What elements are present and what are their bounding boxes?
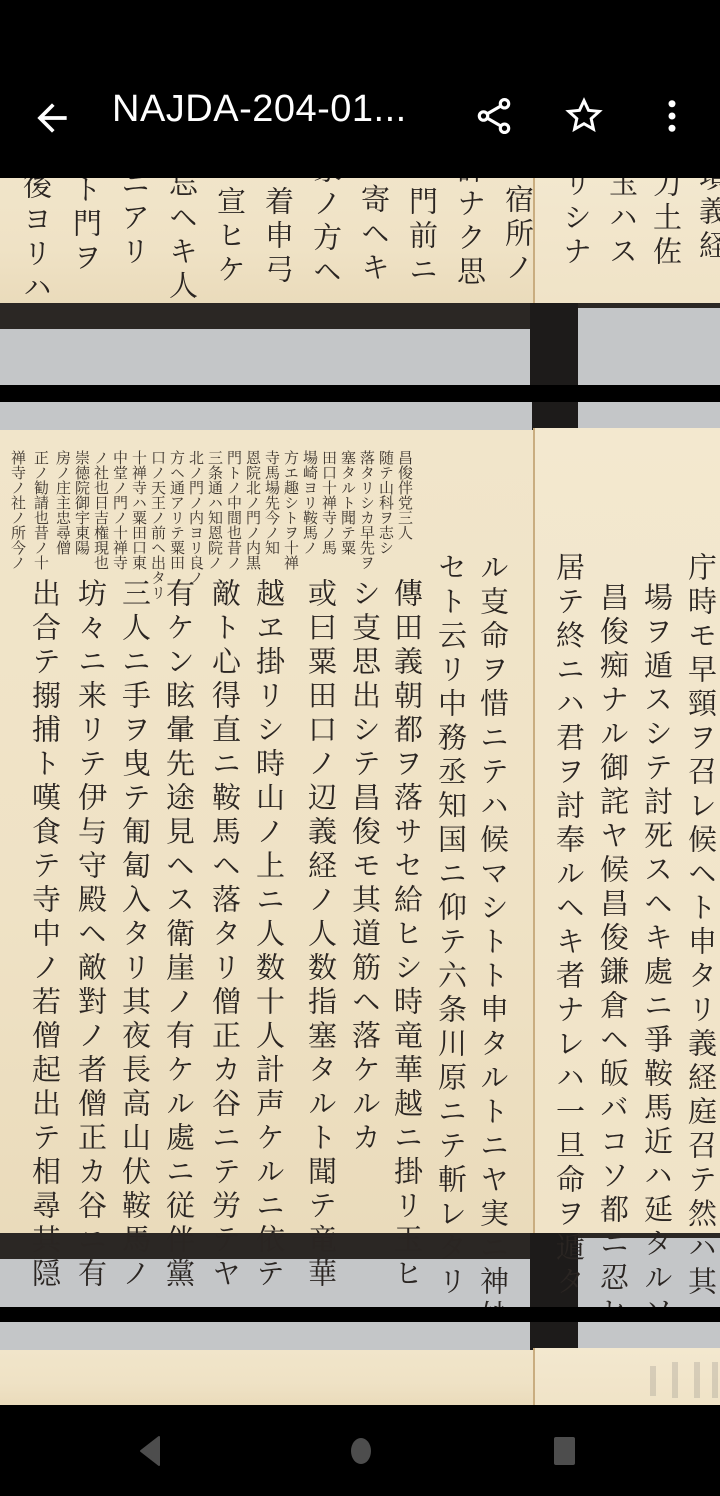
text-column: 場ヲ遁スシテ討死スヘキ處ニ爭鞍馬近ハ延タルソ — [642, 582, 671, 1307]
nav-home-button[interactable] — [341, 1433, 381, 1469]
faint-text — [650, 1366, 656, 1396]
text-column: 門前ニ — [407, 186, 436, 288]
annotation-column: 落タリシカ早先ヲ — [359, 450, 374, 570]
text-column: ル㕝命ヲ惜ニテハ候マシトト申タルトニヤ実ニ神妙 — [478, 552, 507, 1307]
text-column: 昌俊痴ナル御詫ヤ候昌俊鎌倉ヘ皈バコソ都ニ忍ヒ — [598, 582, 627, 1307]
more-options-button[interactable] — [648, 92, 696, 140]
star-outline-icon — [563, 95, 605, 137]
annotation-column: 口ノ天王ノ前ヘ出タリ — [150, 450, 165, 600]
text-column: 庁時モ早頸ヲ召レ候ヘト申タリ義経庭召テ然ハ其 — [686, 552, 715, 1300]
text-column: 有ケン眩暈先途見ヘス衛崖ノ有ケル處ニ従伴黨 — [164, 578, 193, 1292]
annotation-column: 門トノ中間也昔ノ — [226, 450, 241, 570]
share-button[interactable] — [470, 92, 518, 140]
annotation-column: 場崎ヨリ鞍馬ノ — [302, 450, 317, 555]
text-column: 忘ヘキ人 — [167, 178, 196, 304]
document-title: NAJDA-204-01... — [112, 88, 407, 131]
back-button[interactable] — [30, 96, 74, 140]
page-shadow — [0, 303, 530, 329]
faint-text — [712, 1362, 718, 1398]
annotation-column: 随テ山科ヲ志シ — [378, 450, 393, 555]
text-column: 後ヨリハ — [21, 178, 50, 306]
text-column: 宣ヒケ — [215, 186, 244, 288]
annotation-column: 塞タルト聞テ粟 — [340, 450, 355, 555]
circle-home-icon — [346, 1436, 376, 1466]
more-vert-icon — [651, 95, 693, 137]
faint-text — [672, 1362, 678, 1398]
text-column: 傳田義朝都ヲ落サセ給ヒシ時竜華越ニ掛リ玉ヒ — [392, 578, 421, 1292]
triangle-back-icon — [137, 1435, 167, 1467]
page-separator — [0, 385, 720, 402]
text-column: シ㕝思出シテ昌俊モ其道筋ヘ落ケルカ — [350, 578, 379, 1156]
system-nav-bar — [0, 1405, 720, 1496]
text-column: 許ナク思 — [455, 178, 484, 290]
annotation-column: 田口十禅寺ノ馬 — [321, 450, 336, 555]
binding-gutter — [530, 1322, 578, 1350]
annotation-column: 崇徳院御宇東陽 — [74, 450, 89, 555]
page-image-previous[interactable]: 後ヨリハ ヰト門ヲ ニアリ 忘ヘキ人 宣ヒケ 着申弓 家ノ方ヘ 寄ヘキ 門前ニ … — [0, 178, 720, 385]
annotation-column: 方ヘ通アリテ粟田 — [169, 450, 184, 570]
favorite-button[interactable] — [560, 92, 608, 140]
text-column: 玉ハス — [607, 178, 636, 270]
nav-back-button[interactable] — [132, 1433, 172, 1469]
annotation-column: 昌俊伴党三人 — [397, 450, 412, 540]
share-icon — [473, 95, 515, 137]
annotation-column: 方エ趣シトヲ十禅 — [283, 450, 298, 570]
app-bar: NAJDA-204-01... — [0, 60, 720, 178]
status-bar — [0, 0, 720, 60]
faint-text — [694, 1362, 700, 1398]
text-column: 家ノ方ヘ — [311, 178, 340, 290]
page-image-current[interactable]: 庁時モ早頸ヲ召レ候ヘト申タリ義経庭召テ然ハ其 場ヲ遁スシテ討死スヘキ處ニ爭鞍馬近… — [0, 402, 720, 1307]
annotation-column: ノ社也日吉権現也 — [93, 450, 108, 570]
text-column: セト云リ中務丞知国ニ仰テ六条川原ニテ斬レタリ — [436, 552, 465, 1300]
page-image-next[interactable] — [0, 1322, 720, 1405]
annotation-column: 正ノ勧請也昔ノ十 — [33, 450, 48, 570]
annotation-column: 禅寺ノ社ノ所今ノ — [10, 450, 25, 570]
text-column: 或曰粟田口ノ辺義経ノ人数指塞タルト聞テ竜華 — [306, 578, 335, 1292]
text-column: 着申弓 — [263, 186, 292, 288]
text-column: 寄ヘキ — [359, 184, 388, 286]
annotation-column: 恩院北ノ門ノ内黒 — [245, 450, 260, 570]
arrow-left-icon — [30, 96, 74, 140]
text-column: 越ヱ掛リシ時山ノ上ニ人数十人計声ケルニ依テ — [254, 578, 283, 1292]
annotation-column: 三条通ハ知恩院ノ — [207, 450, 222, 570]
text-column: 敵ト心得直ニ鞍馬ヘ落タリ僧正カ谷ニテ労テヤ — [210, 578, 239, 1292]
text-column: ニアリ — [119, 178, 148, 270]
text-column: 出合テ搦捕ト嘆食テ寺中ノ若僧起出テ相尋其隠 — [30, 578, 59, 1292]
annotation-column: 中堂ノ門ノ十禅寺 — [112, 450, 127, 570]
annotation-column: 北ノ門ノ内ヨリ良ノ — [188, 450, 203, 585]
text-column: 項義経 — [697, 178, 720, 264]
page-viewer[interactable]: 後ヨリハ ヰト門ヲ ニアリ 忘ヘキ人 宣ヒケ 着申弓 家ノ方ヘ 寄ヘキ 門前ニ … — [0, 178, 720, 1405]
nav-recents-button[interactable] — [547, 1433, 587, 1469]
text-column: 宿所ノ — [503, 184, 532, 286]
text-column: 居テ終ニハ君ヲ討奉ルヘキ者ナレハ一旦命ヲ遁タ — [554, 552, 583, 1300]
text-column: リシナ — [561, 178, 590, 270]
binding-gutter — [532, 402, 578, 430]
text-column: ヰト門ヲ — [71, 178, 100, 276]
left-page — [0, 1350, 533, 1405]
binding-gutter — [530, 303, 578, 385]
text-column: 力土佐 — [651, 178, 680, 270]
right-page — [533, 1348, 720, 1405]
text-column: 坊々ニ来リテ伊与守殿ヘ敵對ノ者僧正カ谷ニ有 — [76, 578, 105, 1292]
annotation-column: 十禅寺ハ粟田口東 — [131, 450, 146, 570]
annotation-column: 寺馬場先今ノ知 — [264, 450, 279, 555]
page-shadow-right — [578, 303, 720, 308]
annotation-column: 房ノ庄主忠尋僧 — [55, 450, 70, 555]
text-column: 三人ニ手ヲ曳テ匍匐入タリ其夜長高山伏鞍馬ノ — [120, 578, 149, 1292]
page-separator — [0, 1307, 720, 1322]
square-recents-icon — [552, 1435, 582, 1467]
